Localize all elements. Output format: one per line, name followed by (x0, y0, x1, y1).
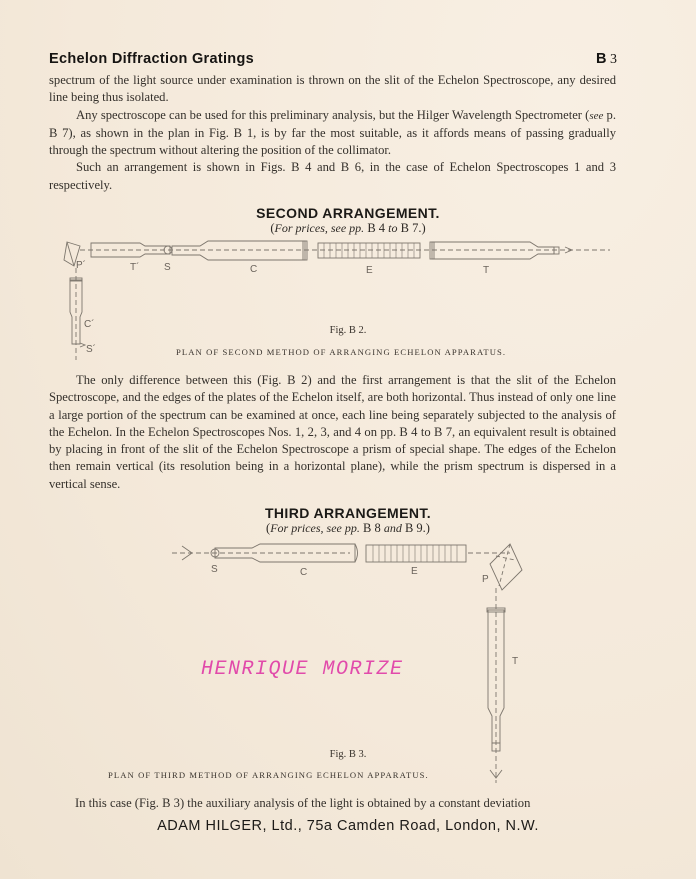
section-letter: B (596, 51, 606, 67)
closing-text: In this case (Fig. B 3) the auxiliary an… (75, 795, 616, 812)
label-telescope-aux: T´ (130, 261, 139, 273)
label-prism-aux: P´ (76, 259, 86, 271)
label-collimator: C (300, 567, 307, 578)
intro-text: spectrum of the light source under exami… (49, 72, 616, 194)
label-collimator: C (250, 264, 257, 275)
page-header: Echelon Diffraction Gratings B 3 (49, 51, 617, 68)
page-number: B 3 (596, 51, 617, 68)
second-paragraph: The only difference between this (Fig. B… (49, 372, 616, 493)
label-telescope: T (483, 265, 489, 276)
label-echelon: E (366, 265, 373, 276)
publisher-footer: ADAM HILGER, Ltd., 75a Camden Road, Lond… (0, 818, 696, 834)
label-slit: S (211, 564, 218, 575)
intro-paragraph-3: Such an arrangement is shown in Figs. B … (49, 159, 616, 194)
fig-b2-diagram: P´ T´ S C E T C´ S´ (50, 232, 610, 362)
label-prism: P (482, 574, 489, 585)
fig-b2-label: Fig. B 2. (0, 325, 696, 336)
closing-paragraph: In this case (Fig. B 3) the auxiliary an… (75, 795, 616, 812)
label-slit-aux: S´ (86, 343, 96, 355)
second-arrangement-plan-icon: P´ T´ S C E T C´ S´ (50, 232, 610, 362)
third-arrangement-title: THIRD ARRANGEMENT. (0, 505, 696, 521)
label-echelon: E (411, 566, 418, 577)
intro-paragraph-1: spectrum of the light source under exami… (49, 72, 616, 107)
owner-stamp: HENRIQUE MORIZE (201, 658, 404, 681)
intro-paragraph-2: Any spectroscope can be used for this pr… (49, 107, 616, 160)
second-text: The only difference between this (Fig. B… (49, 372, 616, 493)
fig-b3-caption: Plan of Third Method of Arranging Echelo… (108, 770, 429, 780)
label-slit: S (164, 262, 171, 273)
label-telescope: T (512, 656, 518, 667)
third-arrangement-prices: (For prices, see pp. B 8 and B 9.) (0, 521, 696, 536)
fig-b3-label: Fig. B 3. (0, 749, 696, 760)
fig-b2-caption: Plan of Second Method of Arranging Echel… (176, 347, 506, 357)
second-arrangement-title: SECOND ARRANGEMENT. (0, 205, 696, 221)
page-title: Echelon Diffraction Gratings (49, 51, 254, 67)
page-number-value: 3 (610, 52, 617, 67)
